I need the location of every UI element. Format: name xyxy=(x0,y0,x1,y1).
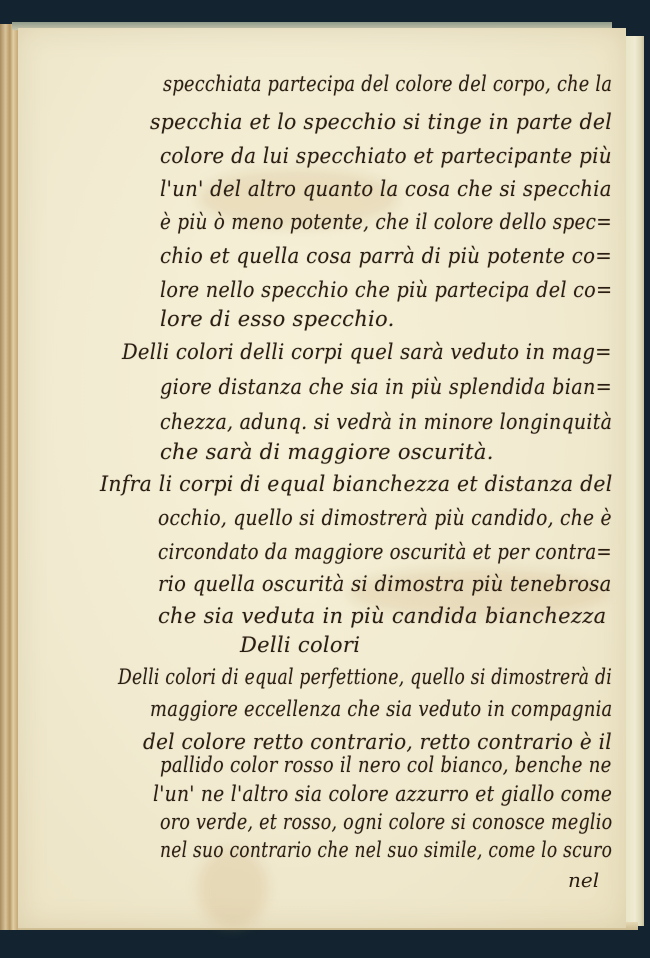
page-right-edge xyxy=(626,36,644,926)
text-line: l'un' del altro quanto la cosa che si sp… xyxy=(160,177,612,201)
text-line: lore nello specchio che più partecipa de… xyxy=(160,278,612,302)
text-line: chezza, adunq. si vedrà in minore longin… xyxy=(160,410,612,434)
text-line: maggiore eccellenza che sia veduto in co… xyxy=(150,697,612,721)
text-line: specchia et lo specchio si tinge in part… xyxy=(150,110,612,134)
text-line: specchiata partecipa del colore del corp… xyxy=(163,72,612,96)
manuscript-scan: specchiata partecipa del colore del corp… xyxy=(0,0,650,958)
text-line: oro verde, et rosso, ogni colore si cono… xyxy=(160,810,612,834)
text-line: del colore retto contrario, retto contra… xyxy=(143,730,612,754)
text-line: è più ò meno potente, che il colore dell… xyxy=(160,210,612,234)
text-line: colore da lui specchiato et partecipante… xyxy=(160,144,612,168)
text-line: giore distanza che sia in più splendida … xyxy=(160,375,612,399)
section-heading: Delli colori xyxy=(240,633,360,657)
text-line: Infra li corpi di equal bianchezza et di… xyxy=(100,472,613,496)
text-line: Delli colori di equal perfettione, quell… xyxy=(118,665,612,689)
text-line: occhio, quello si dimostrerà più candido… xyxy=(158,506,612,530)
text-line: rio quella oscurità si dimostra più tene… xyxy=(158,572,612,596)
text-line: Delli colori delli corpi quel sarà vedut… xyxy=(122,340,612,364)
text-line: pallido color rosso il nero col bianco, … xyxy=(160,753,612,777)
catchword: nel xyxy=(568,868,599,892)
text-line: che sia veduta in più candida bianchezza xyxy=(158,604,606,628)
text-line: lore di esso specchio. xyxy=(160,307,395,331)
text-line: nel suo contrario che nel suo simile, co… xyxy=(160,838,612,862)
text-line: chio et quella cosa parrà di più potente… xyxy=(160,244,612,268)
text-line: circondato da maggiore oscurità et per c… xyxy=(158,540,612,564)
text-line: che sarà di maggiore oscurità. xyxy=(160,440,494,464)
text-line: l'un' ne l'altro sia colore azzurro et g… xyxy=(153,782,612,806)
